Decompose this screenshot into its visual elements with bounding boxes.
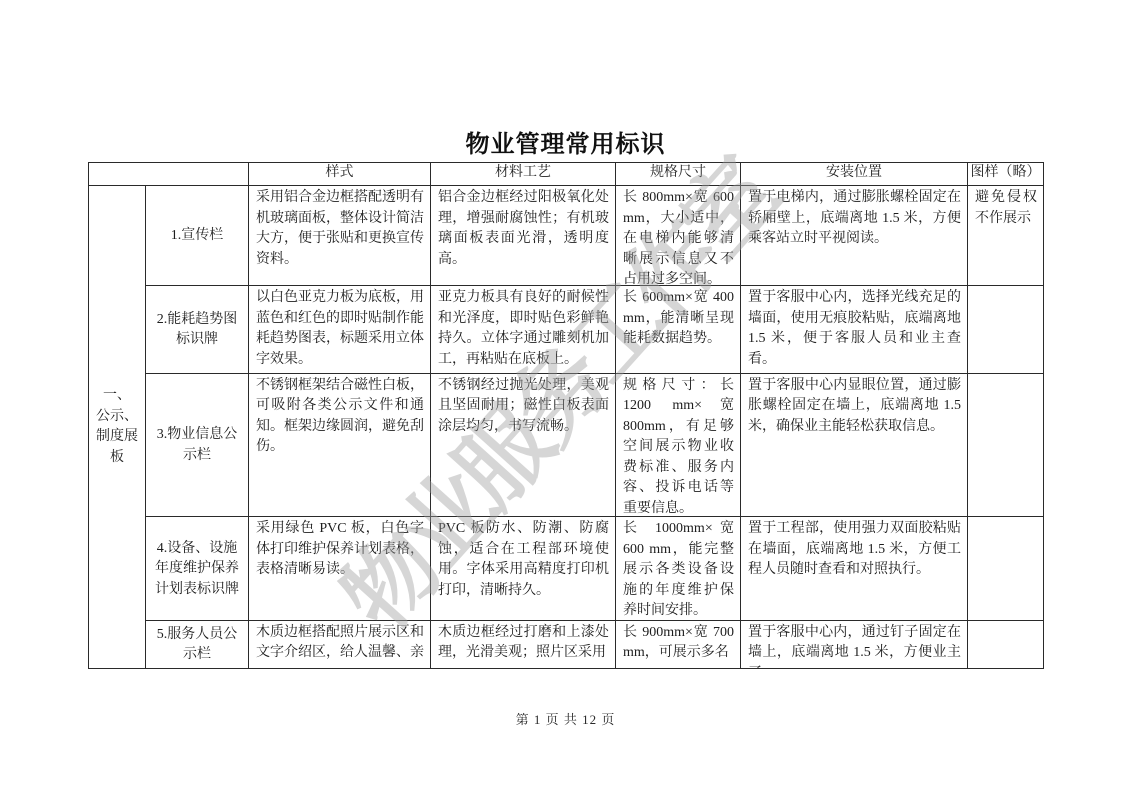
row2-size: 长 600mm×宽 400 mm，能清晰呈现能耗数据趋势。	[616, 286, 740, 372]
row2-name-cell: 2.能耗趋势图标识牌	[146, 286, 249, 373]
table-row: 2.能耗趋势图标识牌 以白色亚克力板为底板，用蓝色和红色的即时贴制作能耗趋势图表…	[89, 286, 1044, 373]
row1-sample: 避免侵权不作展示	[968, 186, 1043, 285]
row3-name-cell: 3.物业信息公示栏	[146, 373, 249, 517]
signs-table: 样式 材料工艺 规格尺寸 安装位置 图样（略） 一、 公示、 制度展 板 1.宣…	[88, 162, 1044, 669]
row3-name: 3.物业信息公示栏	[146, 374, 248, 516]
row1-style-cell: 采用铝合金边框搭配透明有机玻璃面板，整体设计简洁大方，便于张贴和更换宣传资料。	[249, 186, 431, 286]
row4-material: PVC 板防水、防潮、防腐蚀，适合在工程部环境使用。字体采用高精度打印机打印，清…	[431, 517, 615, 619]
row2-sample-cell	[968, 286, 1044, 373]
row1-size: 长 800mm×宽 600 mm，大小适中，在电梯内能够清晰展示信息又不占用过多…	[616, 186, 740, 285]
row3-material-cell: 不锈钢经过抛光处理，美观且坚固耐用；磁性白板表面涂层均匀，书写流畅。	[431, 373, 616, 517]
table-row: 一、 公示、 制度展 板 1.宣传栏 采用铝合金边框搭配透明有机玻璃面板，整体设…	[89, 186, 1044, 286]
row4-size: 长 1000mm×宽 600 mm，能完整展示各类设备设施的年度维护保养时间安排…	[616, 517, 740, 619]
row3-size: 规格尺寸：长 1200 mm×宽 800mm，有足够空间展示物业收费标准、服务内…	[616, 374, 740, 516]
row2-material: 亚克力板具有良好的耐候性和光泽度，即时贴色彩鲜艳持久。立体字通过雕刻机加工，再粘…	[431, 286, 615, 372]
page-title: 物业管理常用标识	[0, 124, 1131, 159]
row1-sample-cell: 避免侵权不作展示	[968, 186, 1044, 286]
header-install: 安装位置	[741, 163, 968, 186]
row5-size: 长 900mm×宽 700 mm，可展示多名	[616, 621, 740, 668]
row4-style: 采用绿色 PVC 板，白色字体打印维护保养计划表格，表格清晰易读。	[249, 517, 430, 619]
header-size: 规格尺寸	[616, 163, 741, 186]
row4-sample	[968, 517, 1043, 619]
row1-name-cell: 1.宣传栏	[146, 186, 249, 286]
row1-style: 采用铝合金边框搭配透明有机玻璃面板，整体设计简洁大方，便于张贴和更换宣传资料。	[249, 186, 430, 285]
table-row: 3.物业信息公示栏 不锈钢框架结合磁性白板，可吸附各类公示文件和通知。框架边缘圆…	[89, 373, 1044, 517]
row4-name: 4.设备、设施年度维护保养计划表标识牌	[146, 517, 248, 619]
row5-name-cell: 5.服务人员公示栏	[146, 620, 249, 668]
table-header-row: 样式 材料工艺 规格尺寸 安装位置 图样（略）	[89, 163, 1044, 186]
row1-name: 1.宣传栏	[146, 186, 248, 285]
row3-size-cell: 规格尺寸：长 1200 mm×宽 800mm，有足够空间展示物业收费标准、服务内…	[616, 373, 741, 517]
row5-style-cell: 木质边框搭配照片展示区和文字介绍区，给人温馨、亲	[249, 620, 431, 668]
row1-install: 置于电梯内，通过膨胀螺栓固定在轿厢壁上，底端离地 1.5 米，方便乘客站立时平视…	[741, 186, 967, 285]
row4-install: 置于工程部，使用强力双面胶粘贴在墙面，底端离地 1.5 米，方便工程人员随时查看…	[741, 517, 967, 619]
row5-sample	[968, 621, 1043, 668]
row4-material-cell: PVC 板防水、防潮、防腐蚀，适合在工程部环境使用。字体采用高精度打印机打印，清…	[431, 517, 616, 620]
table-row: 4.设备、设施年度维护保养计划表标识牌 采用绿色 PVC 板，白色字体打印维护保…	[89, 517, 1044, 620]
table-row: 5.服务人员公示栏 木质边框搭配照片展示区和文字介绍区，给人温馨、亲 木质边框经…	[89, 620, 1044, 668]
row3-style-cell: 不锈钢框架结合磁性白板，可吸附各类公示文件和通知。框架边缘圆润，避免刮伤。	[249, 373, 431, 517]
row1-material: 铝合金边框经过阳极氧化处理，增强耐腐蚀性；有机玻璃面板表面光滑，透明度高。	[431, 186, 615, 285]
row4-name-cell: 4.设备、设施年度维护保养计划表标识牌	[146, 517, 249, 620]
row5-install-cell: 置于客服中心内，通过钉子固定在墙上，底端离地 1.5 米，方便业主了	[741, 620, 968, 668]
row5-style: 木质边框搭配照片展示区和文字介绍区，给人温馨、亲	[249, 621, 430, 668]
row4-size-cell: 长 1000mm×宽 600 mm，能完整展示各类设备设施的年度维护保养时间安排…	[616, 517, 741, 620]
document-page: { "page": { "title": "物业管理常用标识", "waterm…	[0, 0, 1131, 800]
row3-material: 不锈钢经过抛光处理，美观且坚固耐用；磁性白板表面涂层均匀，书写流畅。	[431, 374, 615, 516]
row2-material-cell: 亚克力板具有良好的耐候性和光泽度，即时贴色彩鲜艳持久。立体字通过雕刻机加工，再粘…	[431, 286, 616, 373]
row4-install-cell: 置于工程部，使用强力双面胶粘贴在墙面，底端离地 1.5 米，方便工程人员随时查看…	[741, 517, 968, 620]
row4-sample-cell	[968, 517, 1044, 620]
row2-install-cell: 置于客服中心内，选择光线充足的墙面，使用无痕胶粘贴，底端离地 1.5 米，便于客…	[741, 286, 968, 373]
row2-name: 2.能耗趋势图标识牌	[146, 286, 248, 372]
row3-install: 置于客服中心内显眼位置，通过膨胀螺栓固定在墙上，底端离地 1.5 米，确保业主能…	[741, 374, 967, 516]
header-style: 样式	[249, 163, 431, 186]
row2-style-cell: 以白色亚克力板为底板，用蓝色和红色的即时贴制作能耗趋势图表，标题采用立体字效果。	[249, 286, 431, 373]
category-label: 一、 公示、 制度展 板	[89, 186, 145, 668]
row5-material-cell: 木质边框经过打磨和上漆处理，光滑美观；照片区采用	[431, 620, 616, 668]
row3-style: 不锈钢框架结合磁性白板，可吸附各类公示文件和通知。框架边缘圆润，避免刮伤。	[249, 374, 430, 516]
row4-style-cell: 采用绿色 PVC 板，白色字体打印维护保养计划表格，表格清晰易读。	[249, 517, 431, 620]
row5-size-cell: 长 900mm×宽 700 mm，可展示多名	[616, 620, 741, 668]
row3-sample	[968, 374, 1043, 516]
row1-install-cell: 置于电梯内，通过膨胀螺栓固定在轿厢壁上，底端离地 1.5 米，方便乘客站立时平视…	[741, 186, 968, 286]
row5-install: 置于客服中心内，通过钉子固定在墙上，底端离地 1.5 米，方便业主了	[741, 621, 967, 668]
row5-material: 木质边框经过打磨和上漆处理，光滑美观；照片区采用	[431, 621, 615, 668]
row2-sample	[968, 286, 1043, 372]
header-blank-cell	[89, 163, 249, 186]
row2-install: 置于客服中心内，选择光线充足的墙面，使用无痕胶粘贴，底端离地 1.5 米，便于客…	[741, 286, 967, 372]
row2-size-cell: 长 600mm×宽 400 mm，能清晰呈现能耗数据趋势。	[616, 286, 741, 373]
header-sample: 图样（略）	[968, 163, 1044, 186]
header-material: 材料工艺	[431, 163, 616, 186]
row2-style: 以白色亚克力板为底板，用蓝色和红色的即时贴制作能耗趋势图表，标题采用立体字效果。	[249, 286, 430, 372]
row1-material-cell: 铝合金边框经过阳极氧化处理，增强耐腐蚀性；有机玻璃面板表面光滑，透明度高。	[431, 186, 616, 286]
row5-sample-cell	[968, 620, 1044, 668]
category-cell: 一、 公示、 制度展 板	[89, 186, 146, 669]
row1-size-cell: 长 800mm×宽 600 mm，大小适中，在电梯内能够清晰展示信息又不占用过多…	[616, 186, 741, 286]
row3-sample-cell	[968, 373, 1044, 517]
page-number: 第 1 页 共 12 页	[0, 709, 1131, 728]
row3-install-cell: 置于客服中心内显眼位置，通过膨胀螺栓固定在墙上，底端离地 1.5 米，确保业主能…	[741, 373, 968, 517]
row5-name: 5.服务人员公示栏	[146, 621, 248, 668]
